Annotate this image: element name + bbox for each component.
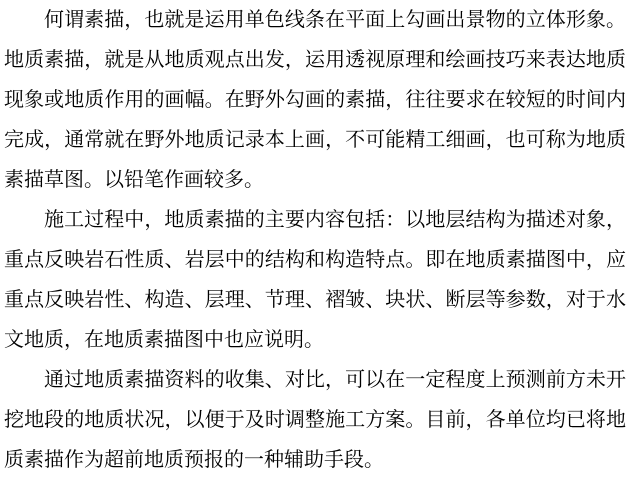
paragraph-sketch-content: 施工过程中，地质素描的主要内容包括：以地层结构为描述对象，重点反映岩石性质、岩层… bbox=[4, 200, 626, 360]
paragraph-sketch-usage: 通过地质素描资料的收集、对比，可以在一定程度上预测前方未开挖地段的地质状况，以便… bbox=[4, 360, 626, 479]
paragraph-what-is-sketch: 何谓素描，也就是运用单色线条在平面上勾画出景物的立体形象。地质素描，就是从地质观… bbox=[4, 0, 626, 200]
document-page: 何谓素描，也就是运用单色线条在平面上勾画出景物的立体形象。地质素描，就是从地质观… bbox=[0, 0, 630, 479]
